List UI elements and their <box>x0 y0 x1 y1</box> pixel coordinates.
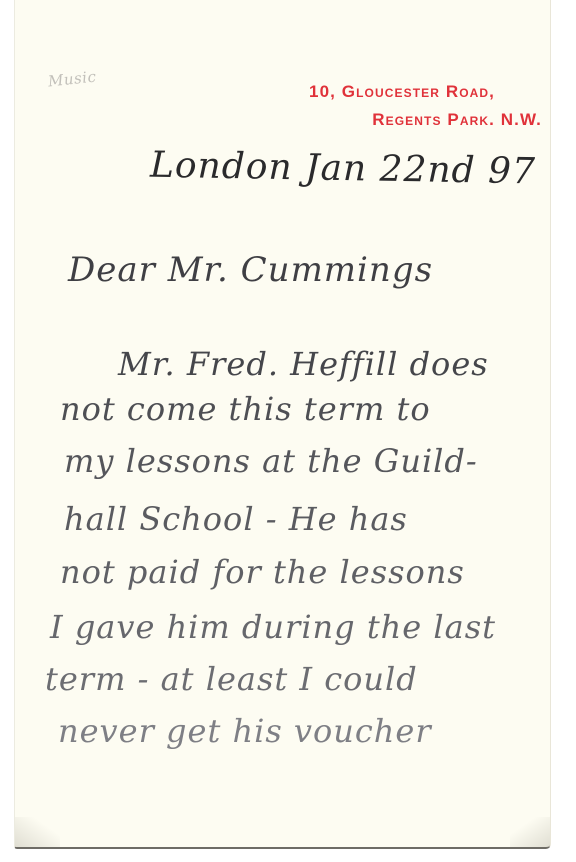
letterhead-street: 10, Gloucester Road, <box>309 78 495 106</box>
body-line: my lessons at the Guild- <box>64 442 478 480</box>
body-line: not paid for the lessons <box>60 553 465 591</box>
page-corner-shadow-left <box>15 817 60 847</box>
printed-letterhead: 10, Gloucester Road, Regents Park. N.W. <box>309 78 542 134</box>
body-line: term - at least I could <box>45 660 418 698</box>
body-line: never get his voucher <box>58 712 432 750</box>
dateline: London Jan 22nd 97 <box>150 145 537 193</box>
body-line: not come this term to <box>60 390 431 428</box>
letterhead-district: Regents Park. N.W. <box>309 106 542 134</box>
body-line: hall School - He has <box>64 500 408 538</box>
body-line: I gave him during the last <box>50 608 496 646</box>
salutation: Dear Mr. Cummings <box>68 250 433 290</box>
body-line: Mr. Fred. Heffill does <box>118 345 489 383</box>
page-corner-shadow-right <box>510 817 550 847</box>
